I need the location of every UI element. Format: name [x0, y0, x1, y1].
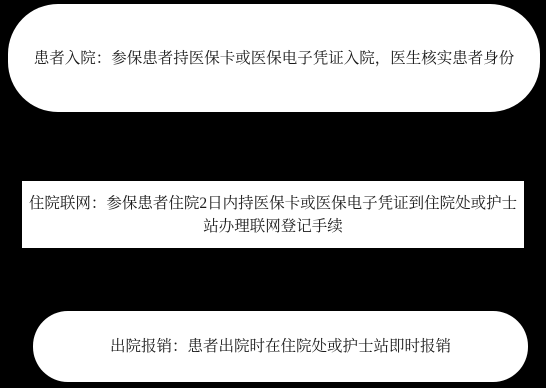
flow-step-admission: 患者入院：参保患者持医保卡或医保电子凭证入院，医生核实患者身份	[8, 4, 540, 112]
flowchart-canvas: 患者入院：参保患者持医保卡或医保电子凭证入院，医生核实患者身份 住院联网：参保患…	[0, 0, 546, 388]
flow-step-discharge-reimbursement: 出院报销：患者出院时在住院处或护士站即时报销	[33, 311, 528, 382]
flow-step-discharge-reimbursement-label: 出院报销：患者出院时在住院处或护士站即时报销	[45, 335, 516, 358]
flow-step-admission-label: 患者入院：参保患者持医保卡或医保电子凭证入院，医生核实患者身份	[20, 47, 528, 70]
flow-step-network-registration: 住院联网：参保患者住院2日内持医保卡或医保电子凭证到住院处或护士站办理联网登记手…	[22, 181, 524, 248]
flow-step-network-registration-label: 住院联网：参保患者住院2日内持医保卡或医保电子凭证到住院处或护士站办理联网登记手…	[27, 192, 519, 238]
